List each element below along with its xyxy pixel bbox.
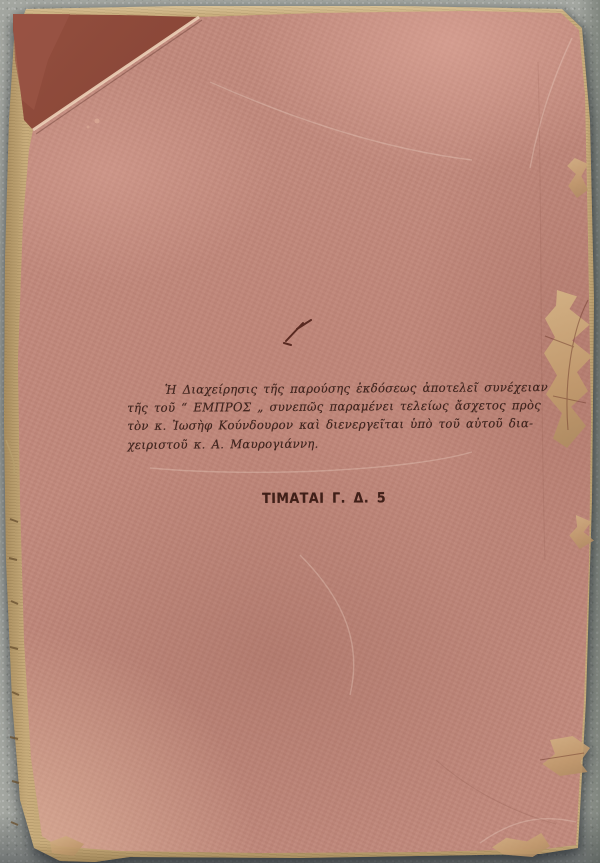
- photo-scene: Ἡ Διαχείρησις τῆς παρούσης ἐκδόσεως ἀποτ…: [0, 0, 600, 863]
- book: Ἡ Διαχείρησις τῆς παρούσης ἐκδόσεως ἀποτ…: [0, 0, 600, 863]
- publisher-notice: Ἡ Διαχείρησις τῆς παρούσης ἐκδόσεως ἀποτ…: [127, 379, 477, 454]
- notice-line-3: τὸν κ. Ἰωσὴφ Κούνδουρον καὶ διενεργεῖται…: [127, 415, 476, 436]
- notice-line-2: τῆς τοῦ “ ΕΜΠΡΟΣ „ συνεπῶς παραμένει τελ…: [127, 397, 476, 418]
- price-label: ΤΙΜΑΤΑΙ Γ. Δ. 5: [262, 490, 386, 507]
- notice-line-4: χειριστοῦ κ. Α. Μαυρογιάννη.: [127, 433, 476, 454]
- notice-line-1: Ἡ Διαχείρησις τῆς παρούσης ἐκδόσεως ἀποτ…: [127, 379, 476, 400]
